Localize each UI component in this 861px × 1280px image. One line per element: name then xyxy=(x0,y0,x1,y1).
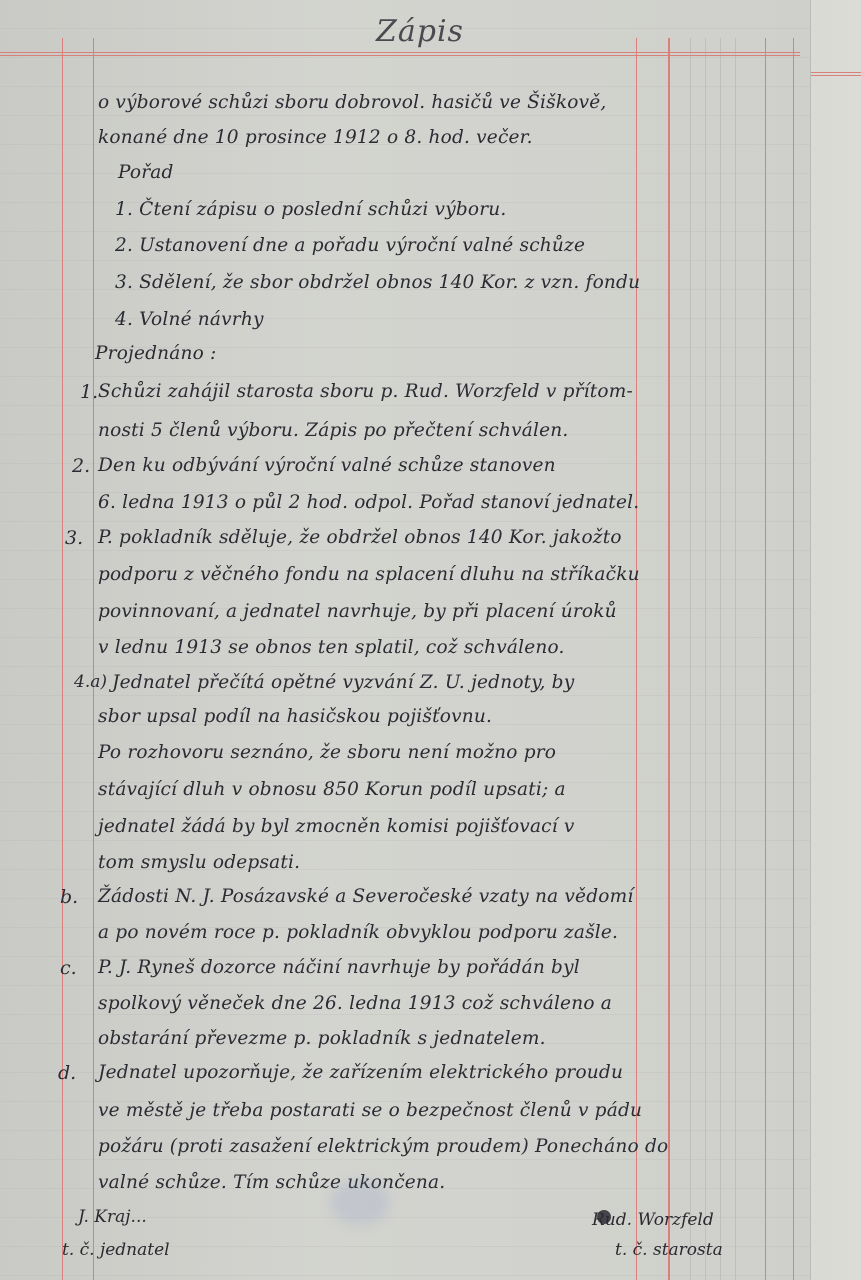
faint-rule xyxy=(705,38,706,1280)
item-line: Po rozhovoru seznáno, že sboru není možn… xyxy=(98,742,798,763)
item-line: jednatel žádá by byl zmocněn komisi poji… xyxy=(98,816,798,837)
agenda-item: 4. Volné návrhy xyxy=(115,309,815,330)
item-marker: 2. xyxy=(72,455,90,477)
item-marker: 4.a) xyxy=(74,672,107,692)
agenda-item: 2. Ustanovení dne a pořadu výroční valné… xyxy=(115,235,815,256)
margin-rule xyxy=(62,38,63,1280)
signature-right-role: t. č. starosta xyxy=(615,1240,723,1260)
signature-left-name: J. Kraj... xyxy=(78,1207,147,1227)
item-marker: 1. xyxy=(80,381,98,403)
item-line: sbor upsal podíl na hasičskou pojišťovnu… xyxy=(98,706,798,727)
item-line: nosti 5 členů výboru. Zápis po přečtení … xyxy=(98,420,798,441)
item-line: spolkový věneček dne 26. ledna 1913 což … xyxy=(98,993,798,1014)
ink-stain xyxy=(330,1180,390,1225)
item-line: Žádosti N. J. Posázavské a Severočeské v… xyxy=(98,886,798,907)
item-line: povinnovaní, a jednatel navrhuje, by při… xyxy=(98,601,798,622)
item-line: Jednatel upozorňuje, že zařízením elektr… xyxy=(98,1062,798,1083)
faint-rule xyxy=(690,38,691,1280)
item-line: P. J. Ryneš dozorce náčiní navrhuje by p… xyxy=(98,957,798,978)
agenda-item: 3. Sdělení, že sbor obdržel obnos 140 Ko… xyxy=(115,272,815,293)
item-line: P. pokladník sděluje, že obdržel obnos 1… xyxy=(98,527,798,548)
header-line: o výborové schůzi sboru dobrovol. hasičů… xyxy=(98,92,798,113)
item-line: ve městě je třeba postarati se o bezpečn… xyxy=(98,1100,798,1121)
column-rule xyxy=(636,38,637,1280)
header-rule xyxy=(811,75,861,76)
item-marker: 3. xyxy=(65,527,83,549)
item-line: požáru (proti zasažení elektrickým proud… xyxy=(98,1136,798,1157)
item-line: v lednu 1913 se obnos ten splatil, což s… xyxy=(98,637,798,658)
item-line: Den ku odbývání výroční valné schůze sta… xyxy=(98,455,798,476)
agenda-item: 1. Čtení zápisu o poslední schůzi výboru… xyxy=(115,199,815,220)
item-line: stávající dluh v obnosu 850 Korun podíl … xyxy=(98,779,798,800)
column-rule xyxy=(668,38,670,1280)
ledger-page: Zápis o výborové schůzi sboru dobrovol. … xyxy=(0,0,810,1280)
item-marker: d. xyxy=(58,1062,76,1084)
adjacent-page-edge xyxy=(810,0,861,1280)
margin-rule xyxy=(93,38,94,1280)
faint-rule xyxy=(735,38,736,1280)
header-rule xyxy=(0,55,800,56)
signature-right-name: Rud. Worzfeld xyxy=(592,1210,714,1230)
item-line: 6. ledna 1913 o půl 2 hod. odpol. Pořad … xyxy=(98,492,798,513)
proceedings-heading: Projednáno : xyxy=(95,343,795,364)
header-rule xyxy=(0,52,800,53)
item-line: tom smyslu odepsati. xyxy=(98,852,798,873)
agenda-heading: Pořad xyxy=(118,162,818,183)
item-marker: b. xyxy=(60,886,78,908)
item-marker: c. xyxy=(60,957,77,979)
faint-rule xyxy=(720,38,721,1280)
document-title: Zápis xyxy=(330,14,510,49)
column-rule xyxy=(793,38,794,1280)
header-rule xyxy=(811,72,861,73)
item-line: valné schůze. Tím schůze ukončena. xyxy=(98,1172,798,1193)
signature-left-role: t. č. jednatel xyxy=(62,1240,170,1260)
column-rule xyxy=(765,38,766,1280)
item-line: Jednatel přečítá opětné vyzvání Z. U. je… xyxy=(112,672,812,693)
header-line: konané dne 10 prosince 1912 o 8. hod. ve… xyxy=(98,127,798,148)
item-line: obstarání převezme p. pokladník s jednat… xyxy=(98,1028,798,1049)
item-line: Schůzi zahájil starosta sboru p. Rud. Wo… xyxy=(98,381,798,402)
item-line: podporu z věčného fondu na splacení dluh… xyxy=(98,564,798,585)
item-line: a po novém roce p. pokladník obvyklou po… xyxy=(98,922,798,943)
